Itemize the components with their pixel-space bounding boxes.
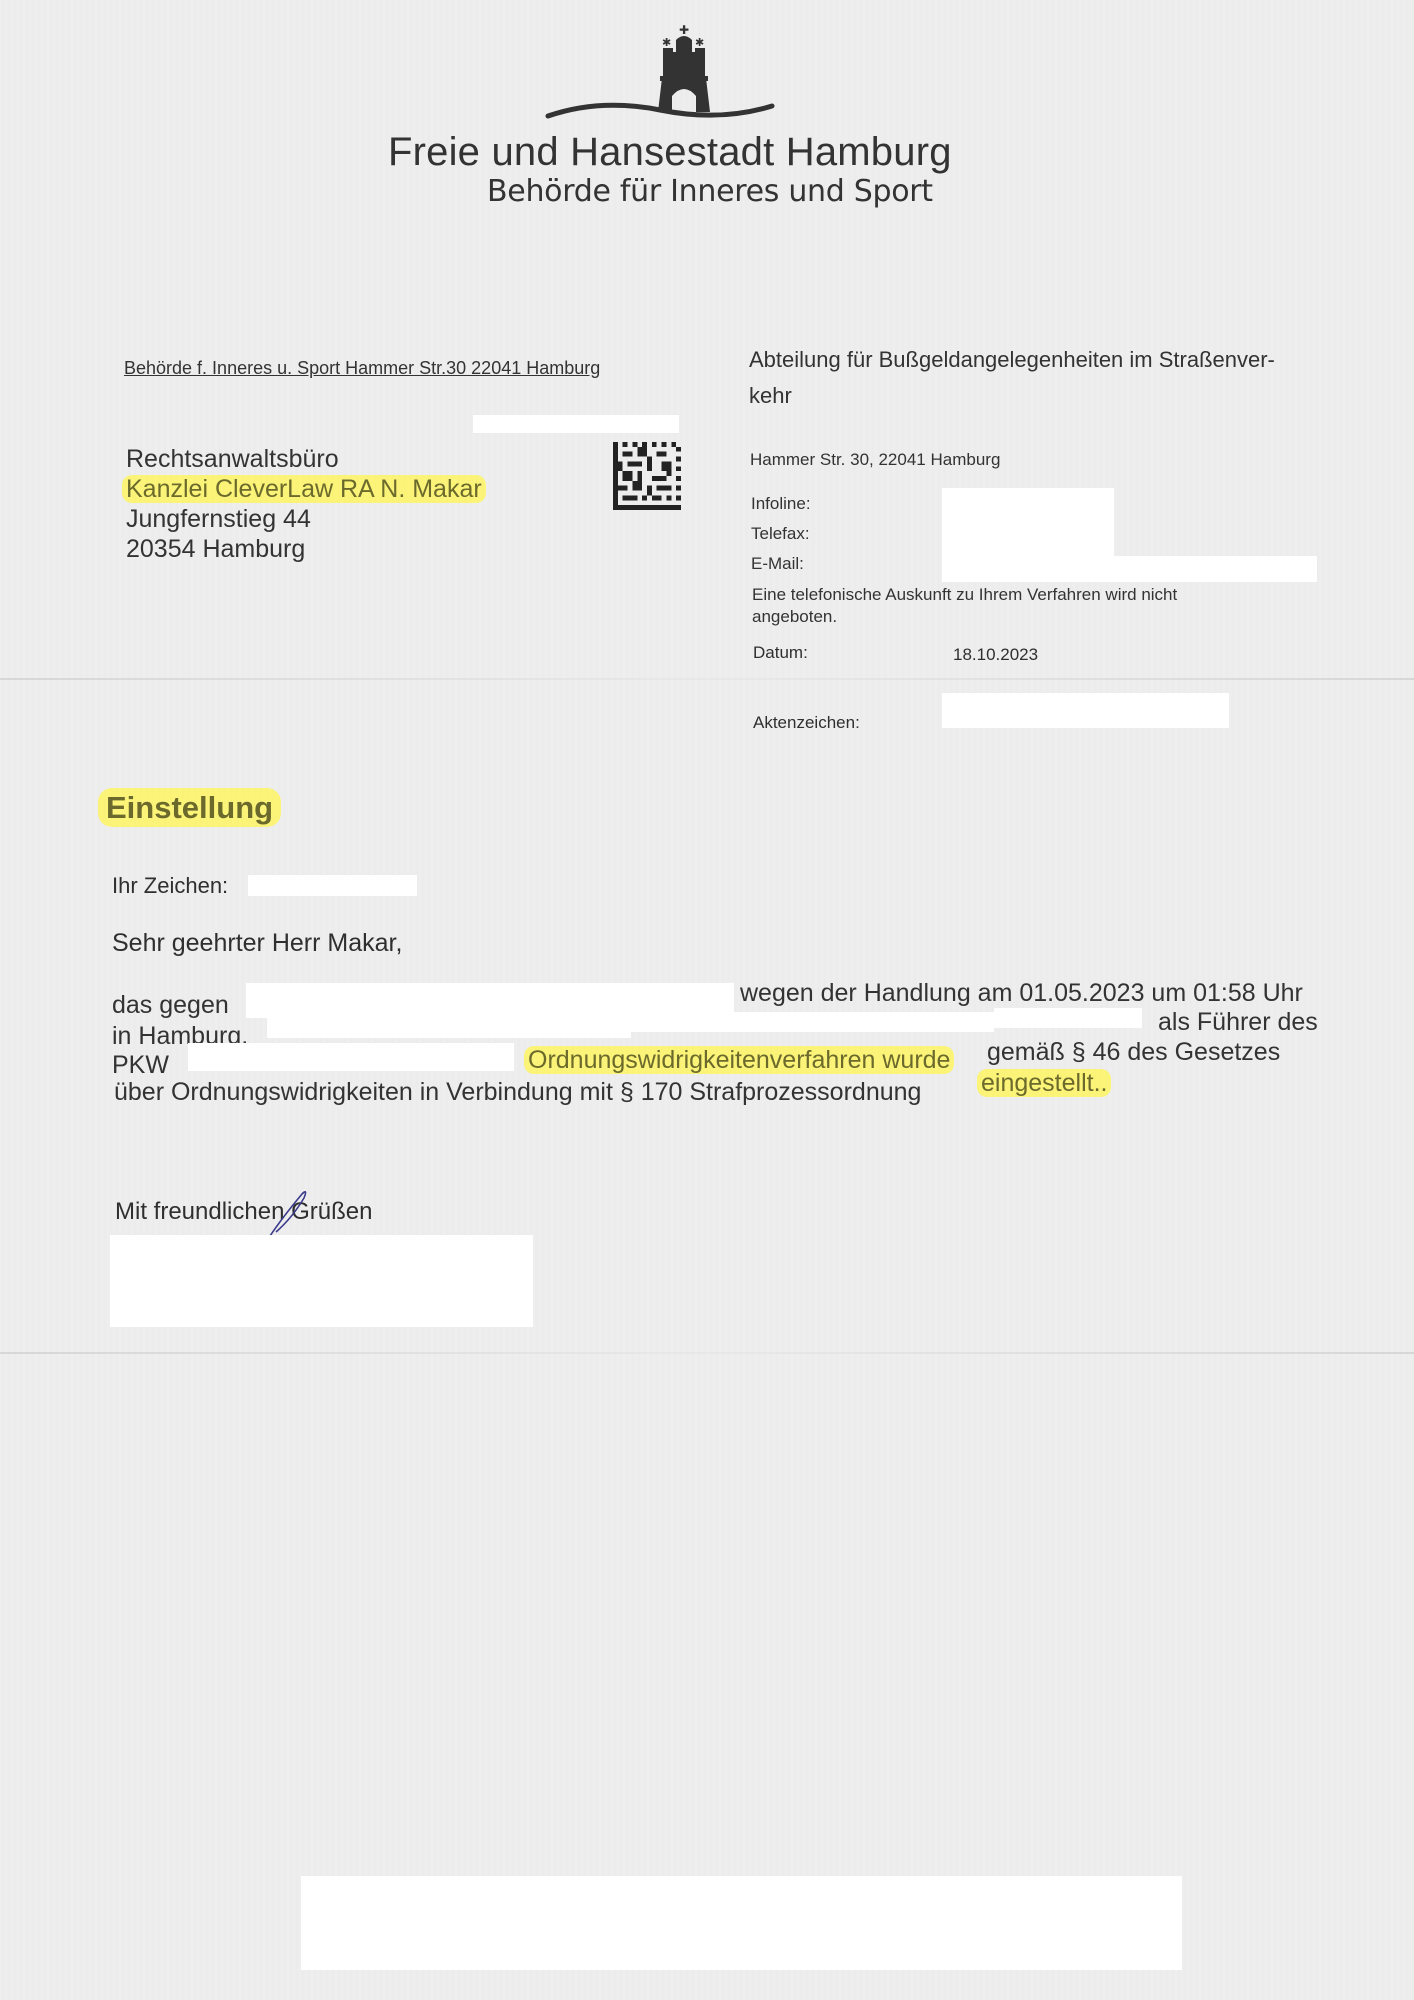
- phone-notice-line1: Eine telefonische Auskunft zu Ihrem Verf…: [752, 584, 1292, 606]
- svg-text:✱: ✱: [695, 36, 704, 49]
- paragraph-text: über Ordnungswidrigkeiten in Verbindung …: [114, 1077, 921, 1107]
- highlighted-firm-name: Kanzlei CleverLaw RA N. Makar: [122, 475, 486, 503]
- redacted-location: [994, 1008, 1142, 1028]
- handwritten-signature-icon: [262, 1188, 322, 1238]
- salutation: Sehr geehrter Herr Makar,: [112, 929, 402, 958]
- redacted-your-reference: [248, 875, 417, 896]
- letter-page: ✱ ✱ ✚ Freie und Hansestadt Hamburg Behör…: [0, 0, 1414, 2000]
- redacted-signatory: [110, 1235, 533, 1327]
- recipient-line-firm: Kanzlei CleverLaw RA N. Makar: [126, 474, 482, 504]
- paragraph-text: Ordnungswidrigkeitenverfahren wurde: [528, 1045, 950, 1075]
- redacted-footer: [301, 1876, 1182, 1970]
- closing-greeting: Mit freundlichen Grüßen: [115, 1198, 372, 1226]
- department-heading-line2: kehr: [749, 378, 1349, 414]
- redacted-location: [630, 1012, 994, 1032]
- paper-fold-line: [0, 1352, 1414, 1354]
- phone-notice-line2: angeboten.: [752, 606, 1292, 628]
- paper-fold-line: [0, 678, 1414, 680]
- email-label: E-Mail:: [751, 554, 804, 574]
- infoline-label: Infoline:: [751, 494, 811, 514]
- department-heading-line1: Abteilung für Bußgeldangelegenheiten im …: [749, 342, 1349, 378]
- your-reference-label: Ihr Zeichen:: [112, 873, 228, 899]
- telefax-label: Telefax:: [751, 524, 810, 544]
- department-address: Hammer Str. 30, 22041 Hamburg: [750, 450, 1000, 470]
- date-value: 18.10.2023: [953, 645, 1038, 665]
- paragraph-text: das gegen: [112, 990, 229, 1020]
- paragraph-text: als Führer des: [1158, 1007, 1318, 1037]
- letter-heading: Einstellung: [106, 790, 273, 826]
- redacted-location: [267, 1017, 631, 1038]
- paragraph-text: eingestellt..: [981, 1068, 1107, 1098]
- redacted-license-plate: [188, 1043, 514, 1071]
- department-title: Behörde für Inneres und Sport: [487, 174, 933, 209]
- paragraph-text: gemäß § 46 des Gesetzes: [987, 1037, 1280, 1067]
- svg-text:✚: ✚: [679, 23, 689, 37]
- redacted-file-reference: [942, 693, 1229, 728]
- sender-return-address: Behörde f. Inneres u. Sport Hammer Str.3…: [124, 358, 600, 379]
- recipient-address: Rechtsanwaltsbüro Kanzlei CleverLaw RA N…: [126, 444, 482, 564]
- city-title: Freie und Hansestadt Hamburg: [388, 130, 952, 175]
- paragraph-text: PKW: [112, 1050, 169, 1080]
- file-reference-label: Aktenzeichen:: [753, 713, 860, 733]
- recipient-line-city: 20354 Hamburg: [126, 534, 482, 564]
- date-label: Datum:: [753, 643, 808, 663]
- hamburg-castle-icon: ✱ ✱ ✚: [540, 18, 780, 128]
- redacted-email: [942, 556, 1317, 582]
- svg-text:✱: ✱: [662, 36, 671, 49]
- highlighted-discontinued-text: eingestellt..: [977, 1069, 1111, 1097]
- department-heading: Abteilung für Bußgeldangelegenheiten im …: [749, 342, 1349, 414]
- recipient-line-office: Rechtsanwaltsbüro: [126, 444, 482, 474]
- paragraph-text: wegen der Handlung am 01.05.2023 um 01:5…: [740, 978, 1303, 1008]
- highlighted-procedure-text: Ordnungswidrigkeitenverfahren wurde: [524, 1046, 954, 1074]
- recipient-line-street: Jungfernstieg 44: [126, 504, 482, 534]
- redacted-block: [473, 415, 679, 433]
- highlighted-heading: Einstellung: [98, 788, 281, 827]
- datamatrix-code-icon: [612, 442, 682, 510]
- phone-notice: Eine telefonische Auskunft zu Ihrem Verf…: [752, 584, 1292, 628]
